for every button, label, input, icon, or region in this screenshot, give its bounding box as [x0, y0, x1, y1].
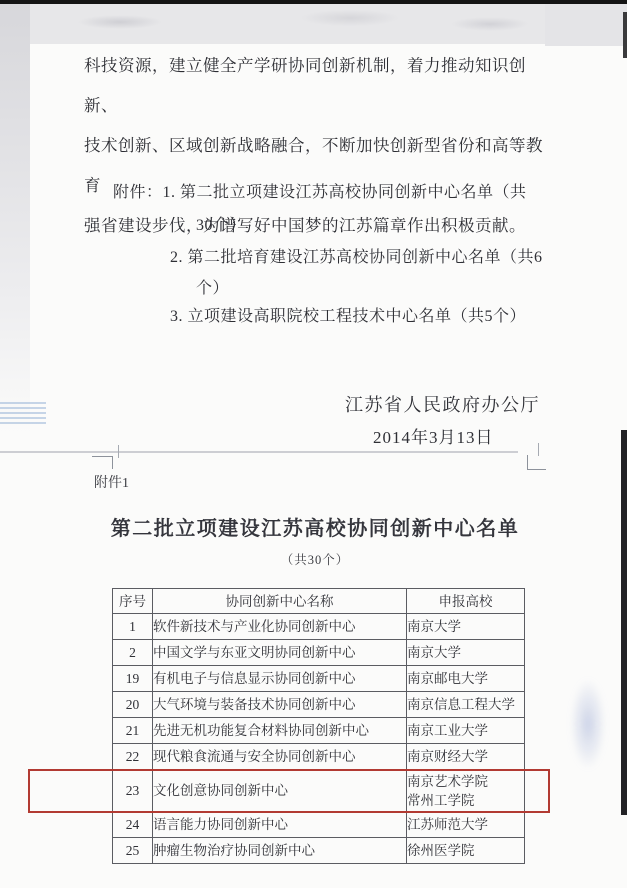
table-row: 2中国文学与东亚文明协同创新中心南京大学 — [113, 640, 525, 666]
attachment-subtitle: （共30个） — [60, 550, 570, 568]
scan-blue-streaks — [0, 402, 46, 426]
table-row: 25肿瘤生物治疗协同创新中心徐州医学院 — [113, 838, 525, 864]
scan-top-gray-band — [0, 4, 627, 44]
center-name-cell: 大气环境与装备技术协同创新中心 — [153, 692, 407, 718]
paragraph-line: 科技资源，建立健全产学研协同创新机制，着力推动知识创新、 — [84, 46, 554, 126]
center-name-cell: 现代粮食流通与安全协同创新中心 — [153, 744, 407, 770]
attachment-list-line: 3. 立项建设高职院校工程技术中心名单（共5个） — [170, 305, 526, 329]
scan-left-gray-band — [0, 4, 30, 434]
attachment-list-line: 个） — [196, 277, 229, 301]
row-number-cell: 21 — [113, 718, 153, 744]
attachment-title: 第二批立项建设江苏高校协同创新中心名单 — [60, 512, 570, 541]
table-row: 20大气环境与装备技术协同创新中心南京信息工程大学 — [113, 692, 525, 718]
center-name-cell: 软件新技术与产业化协同创新中心 — [153, 614, 407, 640]
table-row: 19有机电子与信息显示协同创新中心南京邮电大学 — [113, 666, 525, 692]
header-cell-name: 协同创新中心名称 — [153, 589, 407, 614]
row-number-cell: 2 — [113, 640, 153, 666]
university-cell: 南京邮电大学 — [407, 666, 525, 692]
university-cell: 江苏师范大学 — [407, 812, 525, 838]
row-number-cell: 24 — [113, 812, 153, 838]
university-cell: 南京财经大学 — [407, 744, 525, 770]
center-name-cell: 有机电子与信息显示协同创新中心 — [153, 666, 407, 692]
attachment1-label: 附件1 — [94, 472, 129, 492]
table-row: 22现代粮食流通与安全协同创新中心南京财经大学 — [113, 744, 525, 770]
row-number-cell: 22 — [113, 744, 153, 770]
page2-corner-mark-left — [92, 456, 113, 457]
center-name-cell: 中国文学与东亚文明协同创新中心 — [153, 640, 407, 666]
table-header-row: 序号 协同创新中心名称 申报高校 — [113, 589, 525, 614]
center-name-cell: 先进无机功能复合材料协同创新中心 — [153, 718, 407, 744]
attachment-list-line: 30个） — [196, 214, 246, 238]
table-row: 24语言能力协同创新中心江苏师范大学 — [113, 812, 525, 838]
page2-corner-mark-right — [527, 469, 546, 470]
table-row: 21先进无机功能复合材料协同创新中心南京工业大学 — [113, 718, 525, 744]
table-row: 1软件新技术与产业化协同创新中心南京大学 — [113, 614, 525, 640]
university-cell: 南京大学 — [407, 640, 525, 666]
university-cell: 南京信息工程大学 — [407, 692, 525, 718]
body-paragraph: 科技资源，建立健全产学研协同创新机制，着力推动知识创新、 技术创新、区域创新战略… — [84, 46, 554, 246]
university-cell: 南京大学 — [407, 614, 525, 640]
page2-corner-mark-left — [112, 456, 113, 469]
paragraph-line: 强省建设步伐，为谱写好中国梦的江苏篇章作出积极贡献。 — [84, 206, 554, 246]
centers-table: 序号 协同创新中心名称 申报高校 1软件新技术与产业化协同创新中心南京大学2中国… — [112, 588, 525, 864]
attachment-list-line: 2. 第二批培育建设江苏高校协同创新中心名单（共6 — [170, 246, 543, 270]
row-number-cell: 25 — [113, 838, 153, 864]
scan-right-edge-top — [623, 12, 627, 58]
center-name-cell: 语言能力协同创新中心 — [153, 812, 407, 838]
scan-blue-smudge — [570, 678, 606, 770]
issue-date: 2014年3月13日 — [373, 423, 494, 448]
header-cell-no: 序号 — [113, 589, 153, 614]
university-cell: 徐州医学院 — [407, 838, 525, 864]
page1-margin-tick-right — [538, 443, 539, 456]
header-cell-university: 申报高校 — [407, 589, 525, 614]
row-number-cell: 1 — [113, 614, 153, 640]
page1-margin-tick-left — [118, 445, 119, 458]
issuing-authority: 江苏省人民政府办公厅 — [345, 391, 545, 417]
row-number-cell: 19 — [113, 666, 153, 692]
scan-right-edge-strip — [621, 430, 627, 815]
attachment-list-line: 附件：1. 第二批立项建设江苏高校协同创新中心名单（共 — [113, 181, 527, 205]
row-number-cell: 20 — [113, 692, 153, 718]
scanned-document: 科技资源，建立健全产学研协同创新机制，着力推动知识创新、 技术创新、区域创新战略… — [0, 0, 627, 888]
page2-corner-mark-right — [527, 455, 528, 470]
university-cell: 南京工业大学 — [407, 718, 525, 744]
page-seam-line — [0, 451, 518, 453]
centers-table-body: 1软件新技术与产业化协同创新中心南京大学2中国文学与东亚文明协同创新中心南京大学… — [113, 614, 525, 864]
center-name-cell: 肿瘤生物治疗协同创新中心 — [153, 838, 407, 864]
highlight-box-row-23 — [28, 769, 550, 813]
scan-top-right-gray — [545, 4, 627, 46]
